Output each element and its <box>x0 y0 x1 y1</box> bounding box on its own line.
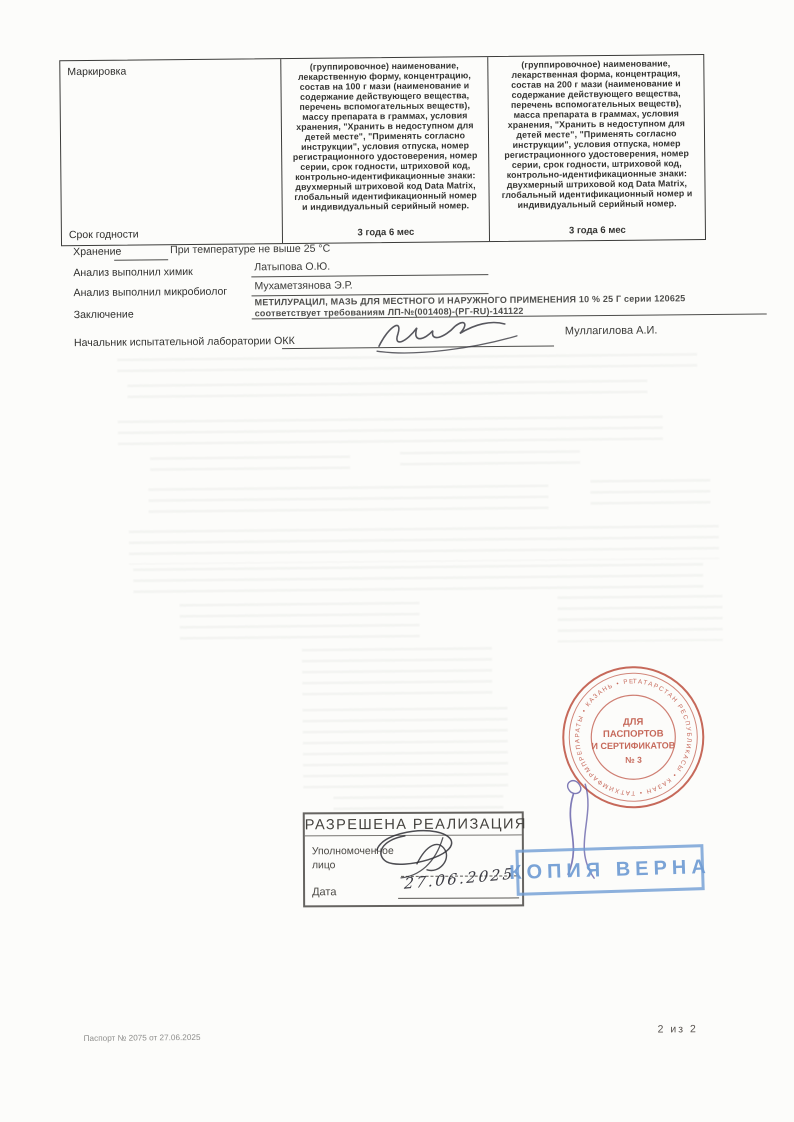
marking-column-200g: (группировочное) наименование, лекарстве… <box>488 55 705 241</box>
bleed-through-text <box>557 595 722 643</box>
release-date-line <box>398 897 519 899</box>
round-stamp-center-line1: ДЛЯ <box>623 717 644 728</box>
shelf-life-row-label: Срок годности <box>69 227 275 241</box>
microbiologist-label: Анализ выполнил микробиолог <box>73 286 227 299</box>
round-stamp-center-line4: № 3 <box>625 755 642 765</box>
scanned-document-page: Маркировка Срок годности (группировочное… <box>0 0 794 1122</box>
chemist-underline <box>251 274 488 277</box>
bleed-through-text <box>150 455 350 471</box>
microbiologist-name: Мухаметзянова Э.Р. <box>254 279 352 292</box>
shelf-life-value-100g: 3 года 6 мес <box>291 226 481 240</box>
storage-underline <box>114 259 168 261</box>
scan-tilt-wrapper: Маркировка Срок годности (группировочное… <box>0 0 794 1122</box>
bleed-through-text <box>302 647 492 699</box>
lab-head-name: Муллагилова А.И. <box>565 324 658 337</box>
chemist-label: Анализ выполнил химик <box>73 266 193 279</box>
bleed-through-text <box>129 525 719 565</box>
round-stamp-center-line3: И СЕРТИФИКАТОВ <box>591 740 675 751</box>
bleed-through-text <box>118 415 663 452</box>
footer-passport-number: Паспорт № 2075 от 27.06.2025 <box>84 1033 201 1043</box>
marking-text-200g: (группировочное) наименование, лекарстве… <box>496 58 696 210</box>
bleed-through-text <box>148 485 548 517</box>
bleed-through-text <box>590 479 710 510</box>
copy-verified-stamp: КОПИЯ ВЕРНА <box>515 844 704 896</box>
conclusion-label: Заключение <box>74 309 134 322</box>
bleed-through-text <box>133 563 703 598</box>
release-date-label: Дата <box>312 886 336 898</box>
bleed-through-text <box>400 450 580 468</box>
marking-row-label: Маркировка <box>67 64 273 78</box>
release-authorization-stamp: РАЗРЕШЕНА РЕАЛИЗАЦИЯ Уполномоченное лицо… <box>303 811 524 907</box>
bleed-through-text <box>333 795 503 811</box>
page-number: 2 из 2 <box>658 1023 698 1035</box>
chemist-name: Латыпова О.Ю. <box>254 261 330 274</box>
table-label-column: Маркировка Срок годности <box>60 59 283 245</box>
bleed-through-text <box>302 707 508 789</box>
storage-label: Хранение <box>73 246 121 258</box>
authorized-person-signature <box>347 819 497 880</box>
marking-column-100g: (группировочное) наименование, лекарстве… <box>281 57 490 243</box>
lab-head-signature <box>371 307 523 360</box>
shelf-life-value-200g: 3 года 6 мес <box>498 224 697 238</box>
bleed-through-text <box>127 380 647 405</box>
bleed-through-text <box>179 602 419 644</box>
marking-text-100g: (группировочное) наименование, лекарстве… <box>289 60 480 212</box>
lab-head-label: Начальник испытательной лаборатории ОКК <box>74 335 295 349</box>
marking-table: Маркировка Срок годности (группировочное… <box>59 54 706 246</box>
round-stamp-center-line2: ПАСПОРТОВ <box>603 728 664 740</box>
storage-value: При температуре не выше 25 °С <box>170 243 330 257</box>
copy-verified-text: КОПИЯ ВЕРНА <box>509 855 711 884</box>
